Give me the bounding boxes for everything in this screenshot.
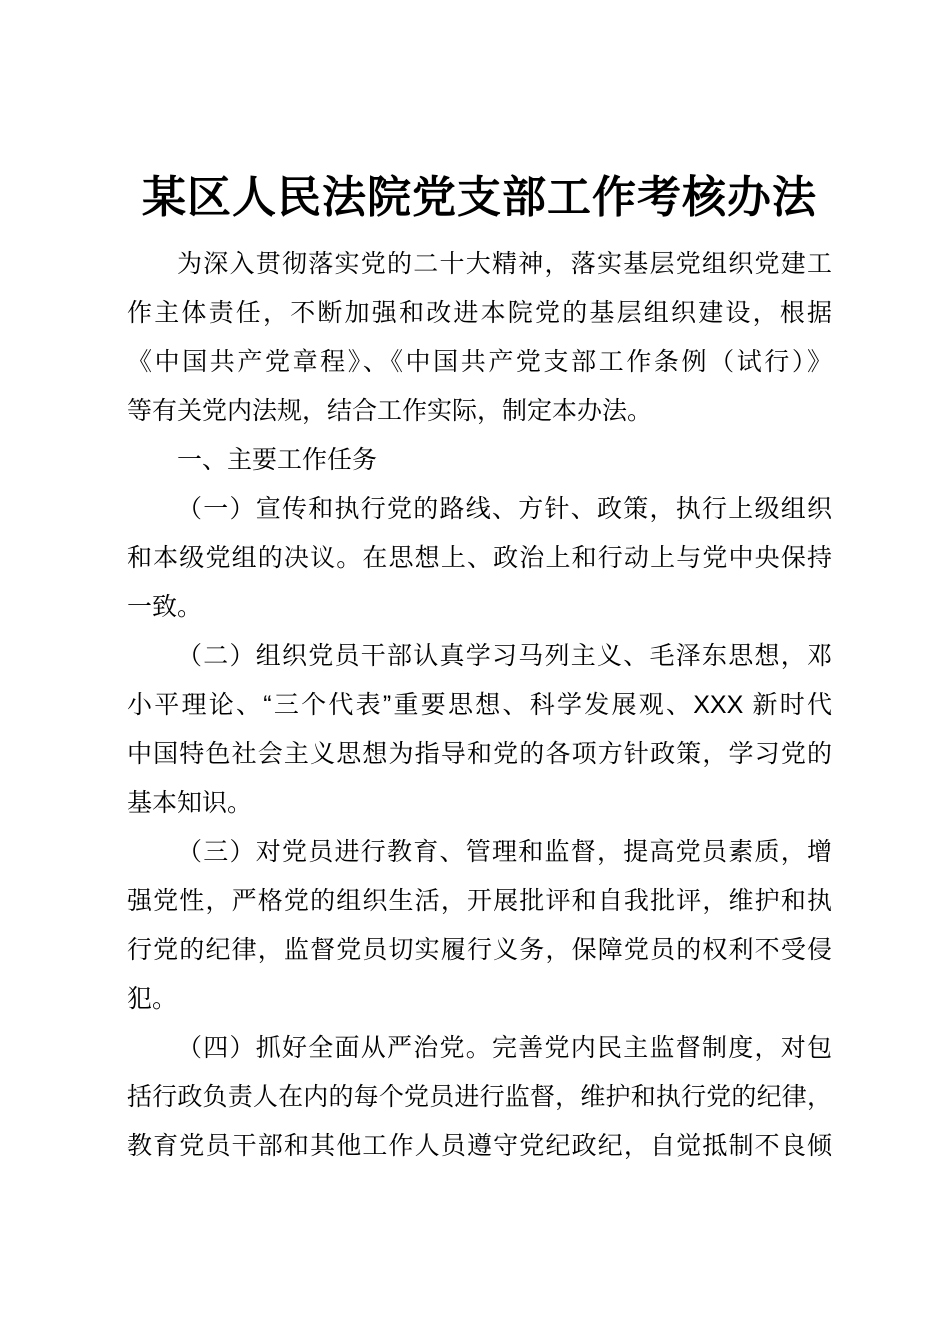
text-line: 括行政负责人在内的每个党员进行监督，维护和执行党的纪律， <box>127 1073 832 1122</box>
document-title: 某区人民法院党支部工作考核办法 <box>127 170 832 226</box>
text-line: 等有关党内法规，结合工作实际，制定本办法。 <box>127 387 832 436</box>
text-line: （四）抓好全面从严治党。完善党内民主监督制度，对包 <box>127 1024 832 1073</box>
task-item-3: （三）对党员进行教育、管理和监督，提高党员素质，增强党性，严格党的组织生活，开展… <box>127 828 832 1024</box>
text-line: 一致。 <box>127 583 832 632</box>
document-page: 某区人民法院党支部工作考核办法 为深入贯彻落实党的二十大精神，落实基层党组织党建… <box>0 0 950 1344</box>
text-line: （一）宣传和执行党的路线、方针、政策，执行上级组织 <box>127 485 832 534</box>
text-line: 小平理论、“三个代表”重要思想、科学发展观、XXX 新时代 <box>127 681 832 730</box>
text-line: （三）对党员进行教育、管理和监督，提高党员素质，增 <box>127 828 832 877</box>
text-line: 和本级党组的决议。在思想上、政治上和行动上与党中央保持 <box>127 534 832 583</box>
task-item-4: （四）抓好全面从严治党。完善党内民主监督制度，对包括行政负责人在内的每个党员进行… <box>127 1024 832 1171</box>
text-line: 《中国共产党章程》、《中国共产党支部工作条例（试行）》 <box>127 338 832 387</box>
text-line: 教育党员干部和其他工作人员遵守党纪政纪，自觉抵制不良倾 <box>127 1122 832 1171</box>
text-line: 犯。 <box>127 975 832 1024</box>
text-line: 中国特色社会主义思想为指导和党的各项方针政策，学习党的 <box>127 730 832 779</box>
text-line: 一、主要工作任务 <box>127 436 832 485</box>
task-item-1: （一）宣传和执行党的路线、方针、政策，执行上级组织和本级党组的决议。在思想上、政… <box>127 485 832 632</box>
section-1-heading: 一、主要工作任务 <box>127 436 832 485</box>
document-body: 为深入贯彻落实党的二十大精神，落实基层党组织党建工作主体责任，不断加强和改进本院… <box>127 240 832 1171</box>
intro-paragraph: 为深入贯彻落实党的二十大精神，落实基层党组织党建工作主体责任，不断加强和改进本院… <box>127 240 832 436</box>
text-line: 为深入贯彻落实党的二十大精神，落实基层党组织党建工 <box>127 240 832 289</box>
text-line: （二）组织党员干部认真学习马列主义、毛泽东思想，邓 <box>127 632 832 681</box>
text-line: 行党的纪律，监督党员切实履行义务，保障党员的权利不受侵 <box>127 926 832 975</box>
text-line: 基本知识。 <box>127 779 832 828</box>
task-item-2: （二）组织党员干部认真学习马列主义、毛泽东思想，邓小平理论、“三个代表”重要思想… <box>127 632 832 828</box>
text-line: 强党性，严格党的组织生活，开展批评和自我批评，维护和执 <box>127 877 832 926</box>
text-line: 作主体责任，不断加强和改进本院党的基层组织建设，根据 <box>127 289 832 338</box>
